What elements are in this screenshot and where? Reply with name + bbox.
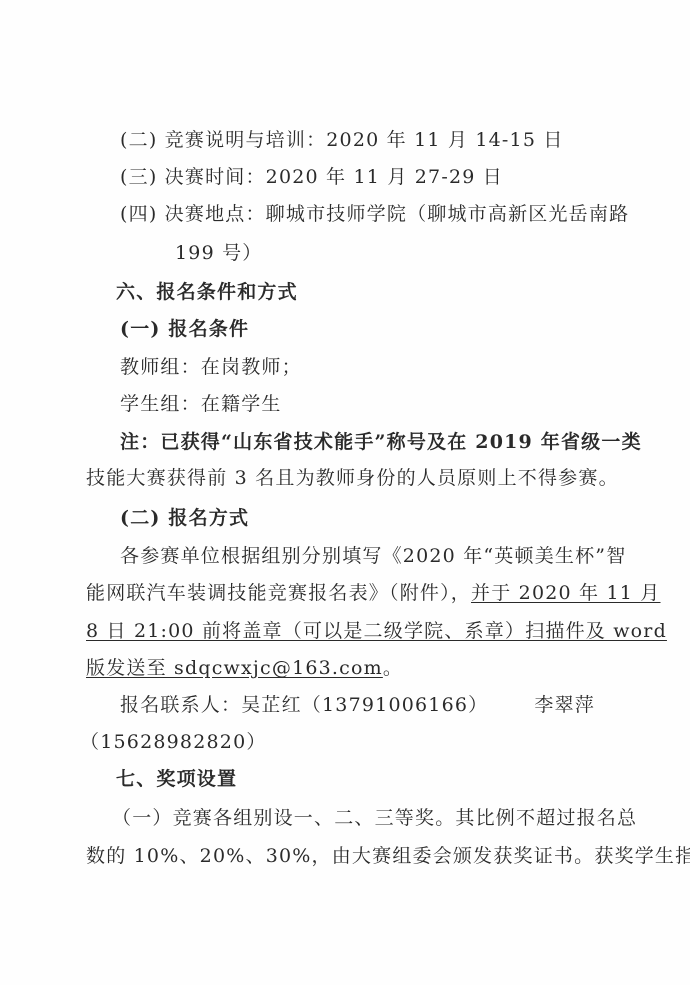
email-link[interactable]: 版发送至 sdqcwxjc@163.com — [86, 657, 383, 679]
section-heading-awards: 七、奖项设置 — [116, 764, 646, 794]
contact-phone-2: （15628982820） — [80, 727, 610, 757]
item-final-venue: (四) 决赛地点：聊城市技师学院（聊城市高新区光岳南路 — [120, 199, 650, 229]
note-text: 注：已获得“山东省技术能手”称号及在 2019 年省级一类 — [120, 431, 642, 453]
item-training-date: (二) 竞赛说明与培训：2020 年 11 月 14-15 日 — [120, 125, 650, 155]
teacher-group-condition: 教师组：在岗教师； — [120, 352, 650, 382]
method-text: 能网联汽车装调技能竞赛报名表》（附件）， — [86, 582, 471, 604]
contact-line: 报名联系人：吴芷红（13791006166）李翠萍 — [120, 690, 650, 720]
method-paragraph-line2: 能网联汽车装调技能竞赛报名表》（附件），并于 2020 年 11 月 — [86, 578, 616, 608]
awards-paragraph: （一）竞赛各组别设一、二、三等奖。其比例不超过报名总 — [112, 803, 642, 833]
student-group-condition: 学生组：在籍学生 — [120, 389, 650, 419]
subheading-method: (二) 报名方式 — [120, 503, 650, 533]
deadline-text-cont: 8 日 21:00 前将盖章（可以是二级学院、系章）扫描件及 word — [86, 616, 616, 646]
item-final-date: (三) 决赛时间：2020 年 11 月 27-29 日 — [120, 162, 650, 192]
period: 。 — [383, 657, 403, 679]
note-paragraph: 注：已获得“山东省技术能手”称号及在 2019 年省级一类 — [120, 427, 650, 457]
deadline-text: 并于 2020 年 11 月 — [471, 582, 661, 604]
email-line: 版发送至 sdqcwxjc@163.com。 — [86, 653, 616, 683]
section-heading-registration: 六、报名条件和方式 — [116, 277, 646, 307]
contact-person-1: 报名联系人：吴芷红（13791006166） — [120, 694, 488, 716]
subheading-conditions: (一) 报名条件 — [120, 314, 650, 344]
item-final-venue-cont: 199 号） — [175, 238, 690, 268]
contact-person-2: 李翠萍 — [534, 694, 595, 716]
note-paragraph-cont: 技能大赛获得前 3 名且为教师身份的人员原则上不得参赛。 — [86, 463, 616, 493]
method-paragraph: 各参赛单位根据组别分别填写《2020 年“英顿美生杯”智 — [120, 541, 650, 571]
awards-paragraph-cont: 数的 10%、20%、30%，由大赛组委会颁发获奖证书。获奖学生指 — [86, 841, 616, 871]
document-page: (二) 竞赛说明与培训：2020 年 11 月 14-15 日 (三) 决赛时间… — [0, 0, 690, 985]
